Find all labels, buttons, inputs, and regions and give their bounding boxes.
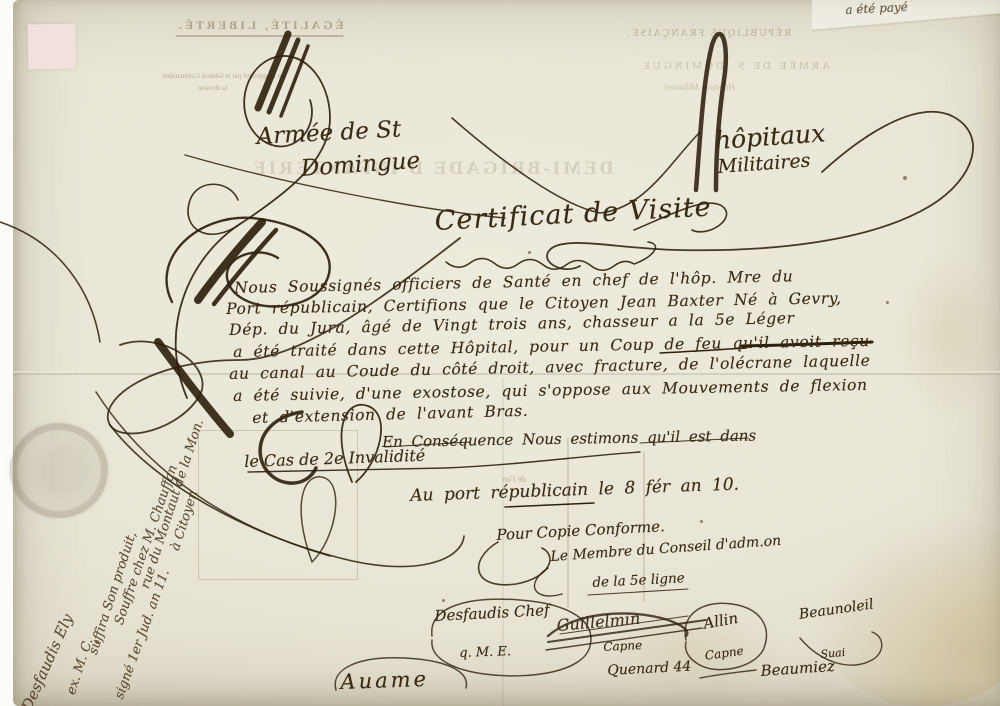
ink-speck [903,176,907,180]
ink-speck [528,251,531,254]
bleedthrough-armee: ARMÉE DE S. DOMINGUE [640,60,830,72]
signature-desfaudis-sub: q. M. E. [459,644,511,661]
ink-speck [700,520,703,523]
signature-bottom-large: Auame [340,667,429,694]
document-scan: ÉGALITÉ, LIBERTÉ. Vu et approuvé par le … [0,0,1000,706]
signature-crossed-rank: Capne [603,638,643,654]
bleedthrough-vu-line1: Vu et approuvé par le Général Commandant [162,72,286,80]
ink-speck [442,599,445,602]
bleedthrough-vu-line2: la division [198,84,227,92]
ink-speck [886,301,889,304]
bleedthrough-egalite: ÉGALITÉ, LIBERTÉ. [176,18,344,37]
bleedthrough-republique: RÉPUBLIQUE FRANÇAISE. [626,28,791,39]
repair-patch [28,24,77,70]
round-ink-stamp [10,423,108,518]
bleedthrough-armee-sub: Hôpitaux Militaires [664,82,735,92]
